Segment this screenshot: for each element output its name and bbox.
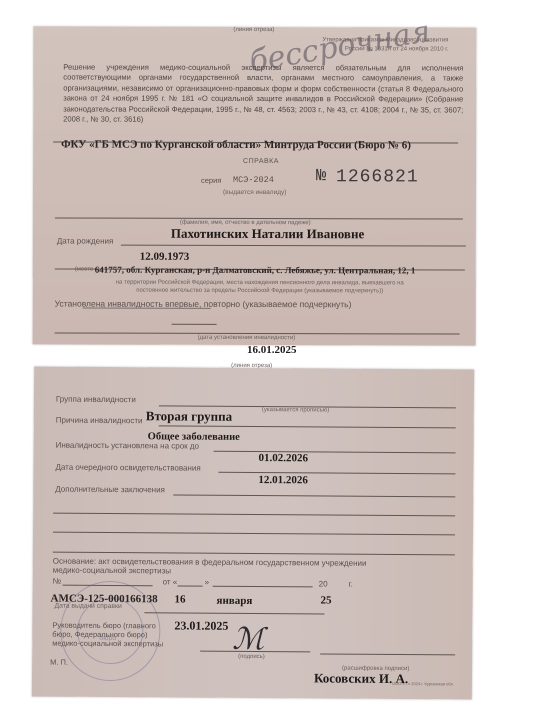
issue-date: 23.01.2025 (174, 618, 228, 633)
establish-date-caption: (дата установления инвалидности) (198, 335, 296, 341)
certificate-top-sheet: (линия отреза) бессрочная Утверждена при… (33, 26, 477, 345)
cut-line-caption: (линия отреза) (233, 27, 274, 33)
establish-date: 16.01.2025 (247, 344, 297, 356)
printer-mark: ООО «...» 2024 г. Курганская обл. (392, 681, 454, 686)
stamp-place-label: М. П. (50, 658, 68, 667)
cut-line-caption-bottom: (линия отреза) (231, 363, 272, 369)
series-label: серия (201, 176, 221, 185)
act-month: января (216, 595, 252, 607)
act-day: 16 (174, 593, 185, 605)
series-value: МСЭ-2024 (233, 175, 274, 185)
act-from-label: от « (163, 577, 178, 586)
group-value: Вторая группа (146, 408, 232, 425)
legal-preamble: Решение учреждения медико-социальной экс… (63, 62, 463, 125)
signature-caption: (подпись) (238, 654, 265, 660)
act-year-suffix: г. (349, 580, 353, 589)
extra-conclusions-label: Дополнительные заключения (55, 485, 165, 495)
institution-name: ФКУ «ГБ МСЭ по Курганской области» Минтр… (61, 138, 411, 151)
address-caption-prefix: (место (75, 267, 94, 273)
approval-line-2: России № 1031н от 24 ноября 2010 г. (322, 45, 448, 54)
head-label: Руководитель бюро (главного бюро, Федера… (52, 621, 163, 649)
issue-date-label: Дата выдачи справки (54, 603, 121, 610)
full-name: Пахотинских Наталии Ивановне (171, 226, 364, 243)
document-title: СПРАВКА (243, 158, 279, 165)
issued-to-caption: (выдается инвалиду) (223, 189, 286, 196)
address-caption: на территории Российской Федерации, мест… (75, 279, 445, 296)
cause-label: Причина инвалидности (56, 416, 143, 426)
birth-date-label: Дата рождения (57, 236, 113, 245)
birth-date: 12.09.1973 (140, 251, 190, 263)
certificate-bottom-sheet: (линия отреза) Группа инвалидности (указ… (32, 366, 474, 699)
certificate-number: 1266821 (336, 167, 419, 187)
approval-line-1: Утверждена приказом Минздравсоцразвития (322, 36, 448, 45)
term-label: Инвалидность установлена на срок до (56, 441, 199, 451)
act-year: 25 (320, 594, 331, 606)
group-caption: (указывается прописью) (262, 407, 329, 413)
act-year-prefix: 20 (319, 579, 328, 588)
act-quote-close: » (205, 578, 210, 587)
address-caption-line-2: постоянное жительство за пределы Российс… (75, 287, 445, 296)
number-symbol: № (316, 167, 326, 186)
basis-text: Основание: акт освидетельствования в фед… (53, 557, 367, 577)
address: 641757, обл. Курганская, р-н Далматовски… (95, 265, 416, 276)
term-value: 01.02.2026 (258, 452, 308, 464)
approval-note: Утверждена приказом Минздравсоцразвития … (322, 36, 448, 54)
act-number-label: № (53, 577, 62, 586)
group-label: Группа инвалидности (56, 395, 136, 405)
next-exam-label: Дата очередного освидетельствования (55, 463, 200, 473)
head-label-line-3: медико-социальной экспертизы (52, 639, 163, 649)
next-exam-value: 12.01.2026 (258, 474, 308, 486)
